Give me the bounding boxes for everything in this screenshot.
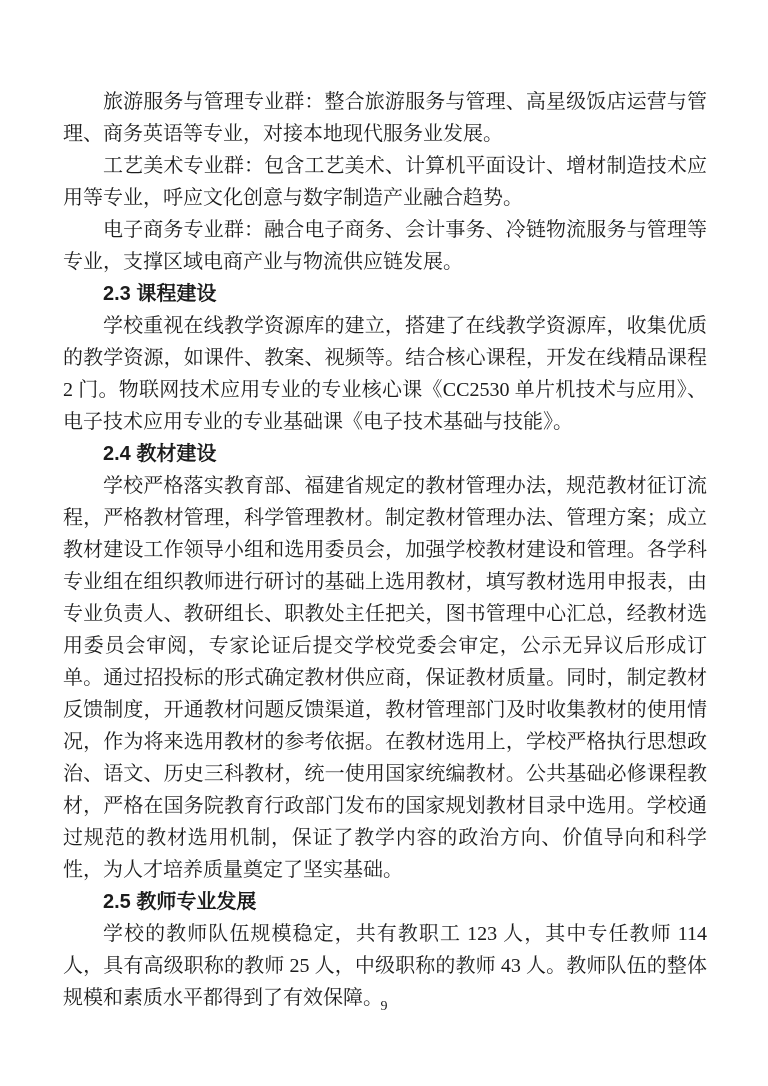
section-heading-2-4-textbook-construction: 2.4 教材建设 <box>63 438 707 470</box>
document-body: 旅游服务与管理专业群：整合旅游服务与管理、高星级饭店运营与管理、商务英语等专业，… <box>63 86 707 1014</box>
paragraph-major-cluster-ecommerce: 电子商务专业群：融合电子商务、会计事务、冷链物流服务与管理等专业，支撑区域电商产… <box>63 214 707 278</box>
paragraph-major-cluster-tourism: 旅游服务与管理专业群：整合旅游服务与管理、高星级饭店运营与管理、商务英语等专业，… <box>63 86 707 150</box>
page-number: 9 <box>0 998 768 1016</box>
paragraph-major-cluster-arts: 工艺美术专业群：包含工艺美术、计算机平面设计、增材制造技术应用等专业，呼应文化创… <box>63 150 707 214</box>
section-heading-2-5-teacher-development: 2.5 教师专业发展 <box>63 886 707 918</box>
section-heading-2-3-course-construction: 2.3 课程建设 <box>63 278 707 310</box>
document-page: 旅游服务与管理专业群：整合旅游服务与管理、高星级饭店运营与管理、商务英语等专业，… <box>0 0 768 1086</box>
paragraph-course-construction: 学校重视在线教学资源库的建立，搭建了在线教学资源库，收集优质的教学资源，如课件、… <box>63 310 707 438</box>
paragraph-textbook-construction: 学校严格落实教育部、福建省规定的教材管理办法，规范教材征订流程，严格教材管理，科… <box>63 470 707 886</box>
